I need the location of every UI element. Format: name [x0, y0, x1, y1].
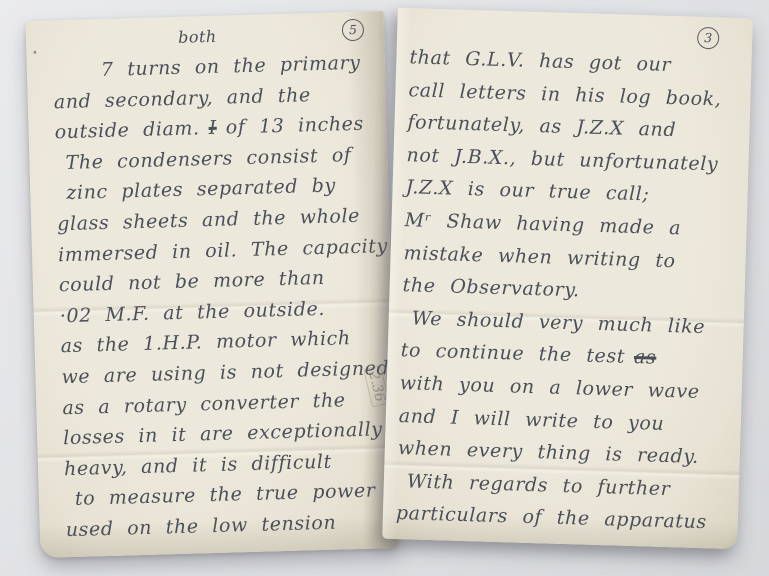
paper-speck [33, 51, 36, 54]
letter-right-page: 3 that G.L.V. has got our call letters i… [382, 8, 753, 549]
letter-left-page: 5 both 7 turns on the primary and second… [26, 11, 399, 558]
strikethrough-word: as [634, 346, 657, 369]
line-segment: outside diam. [54, 117, 200, 143]
left-page-text: 7 turns on the primary and secondary, an… [53, 47, 395, 545]
page-number-circle: 3 [697, 27, 720, 50]
inserted-word: both [178, 27, 217, 47]
right-page-text: that G.L.V. has got our call letters in … [395, 41, 749, 540]
photo-background: 5 both 7 turns on the primary and second… [0, 0, 769, 576]
line-segment: of 13 inches [225, 113, 364, 139]
strikethrough-word: I [208, 117, 217, 139]
page-number-circle: 5 [342, 19, 365, 42]
line-segment: to continue the test [400, 339, 625, 368]
